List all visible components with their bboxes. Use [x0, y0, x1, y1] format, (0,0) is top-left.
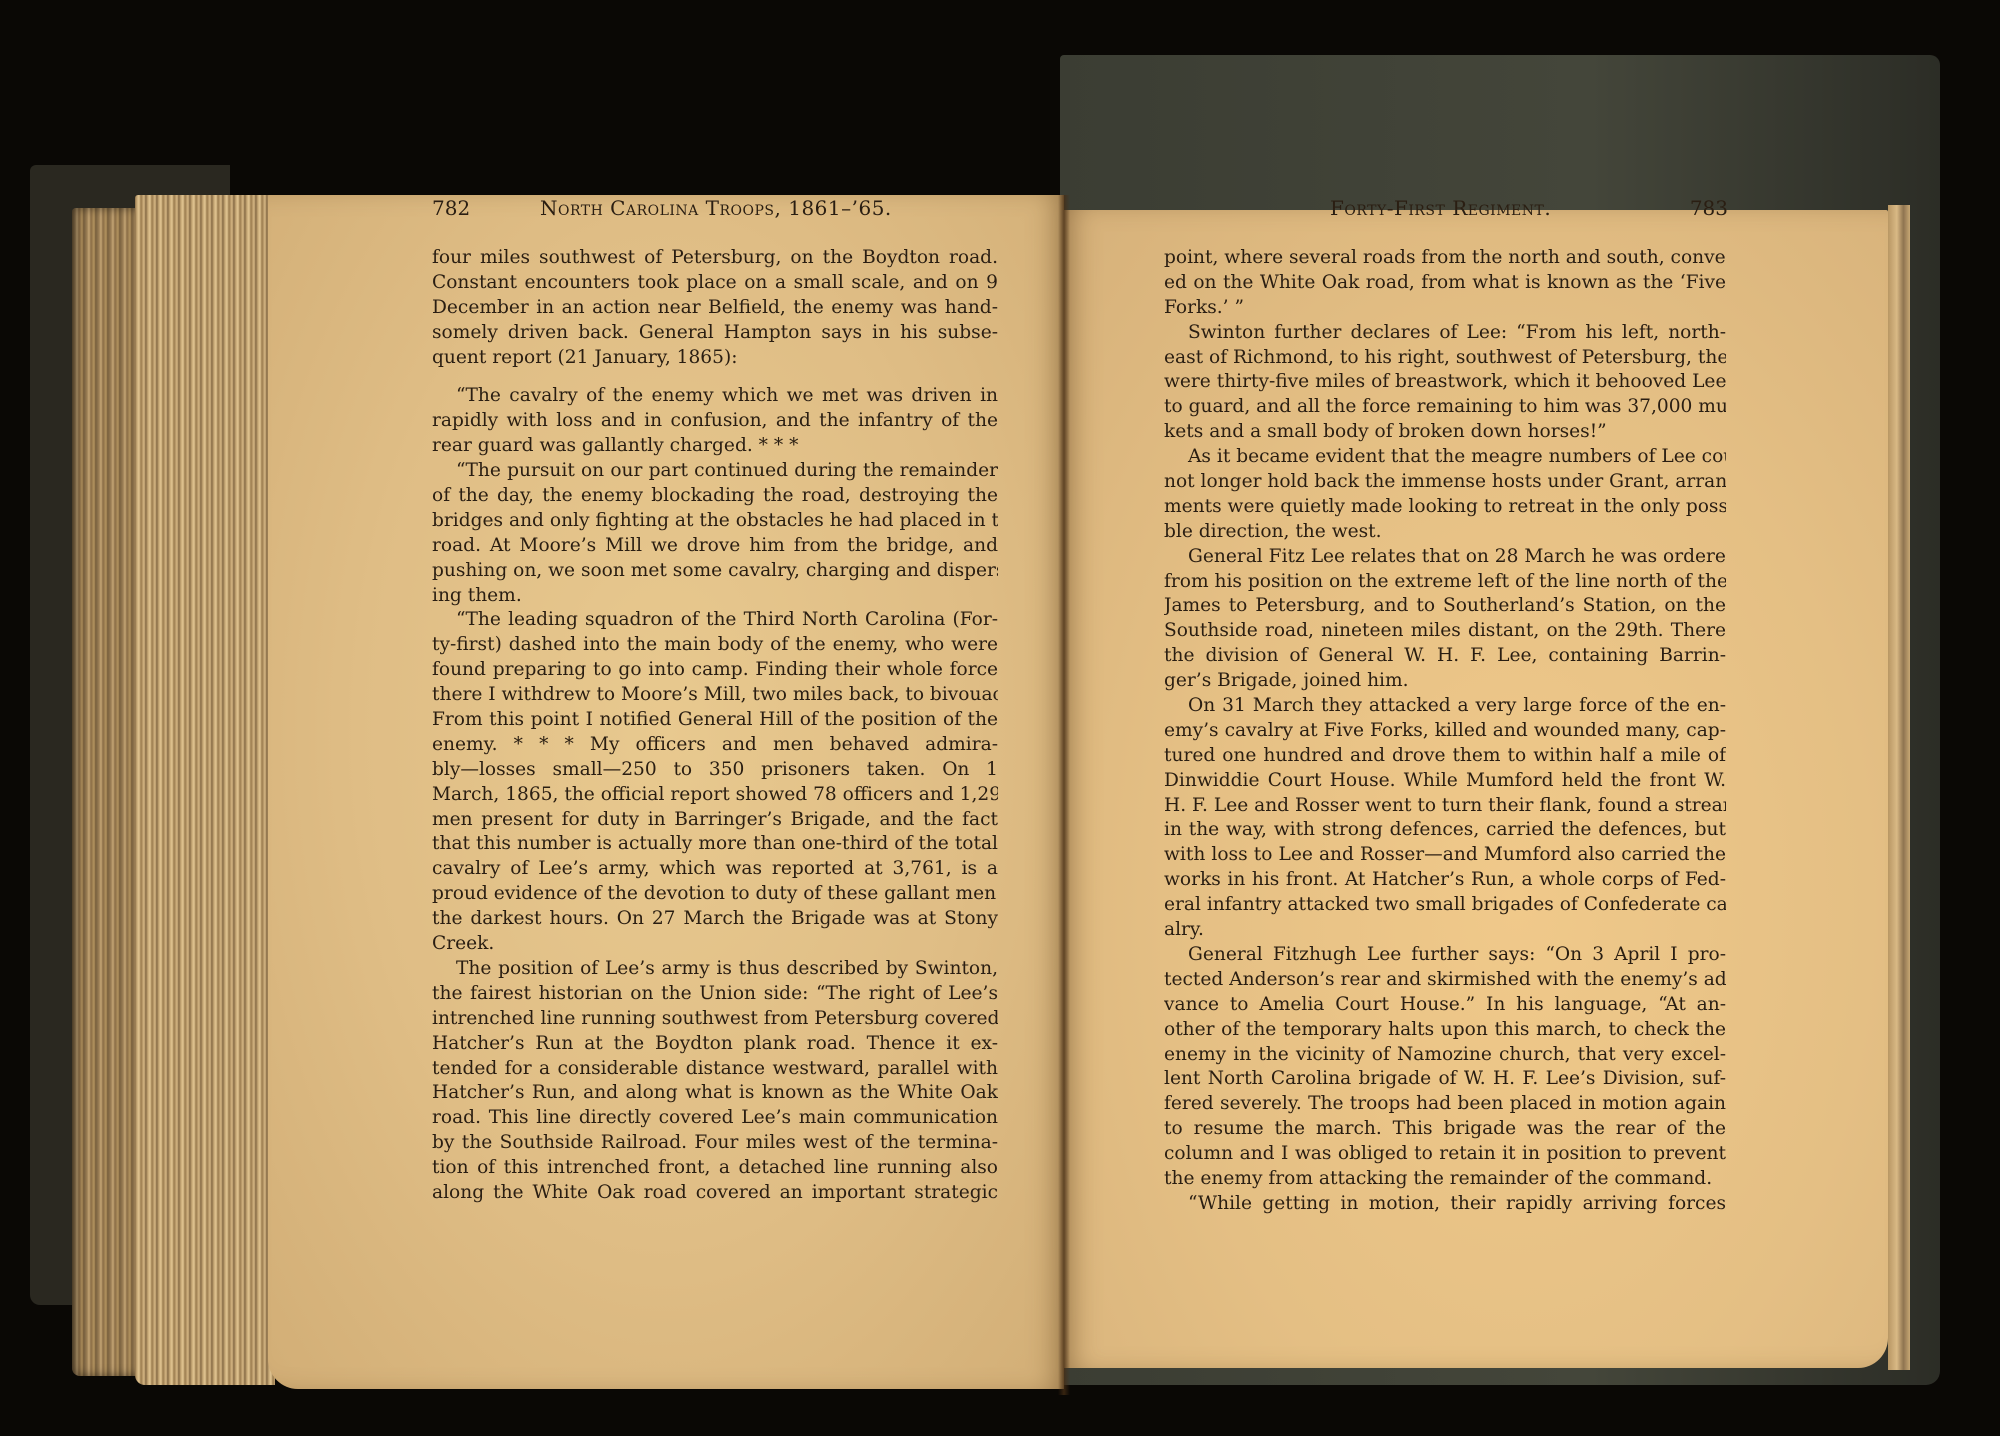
text-line: James to Petersburg, and to Southerland’… — [1164, 594, 1726, 619]
text-line: tected Anderson’s rear and skirmished wi… — [1164, 968, 1726, 993]
text-line: Swinton further declares of Lee: “From h… — [1164, 321, 1726, 346]
text-line: enemy. * * * My officers and men behaved… — [432, 733, 998, 758]
text-line: tured one hundred and drove them to with… — [1164, 744, 1726, 769]
text-line: the fairest historian on the Union side:… — [432, 982, 998, 1007]
text-line: On 31 March they attacked a very large f… — [1164, 694, 1726, 719]
text-line: the enemy from attacking the remainder o… — [1164, 1167, 1726, 1192]
text-line: ing them. — [432, 584, 998, 609]
text-line: bridges and only fighting at the obstacl… — [432, 509, 998, 534]
text-line: other of the temporary halts upon this m… — [1164, 1018, 1726, 1043]
text-line: that this number is actually more than o… — [432, 832, 998, 857]
text-line: ed on the White Oak road, from what is k… — [1164, 271, 1726, 296]
right-page-body: point, where several roads from the nort… — [1164, 246, 1726, 1217]
text-line: General Fitzhugh Lee further says: “On 3… — [1164, 943, 1726, 968]
text-line: From this point I notified General Hill … — [432, 708, 998, 733]
text-line: to guard, and all the force remaining to… — [1164, 395, 1726, 420]
text-line: by the Southside Railroad. Four miles we… — [432, 1131, 998, 1156]
text-line: General Fitz Lee relates that on 28 Marc… — [1164, 545, 1726, 570]
text-line: vance to Amelia Court House.” In his lan… — [1164, 993, 1726, 1018]
text-line: Southside road, nineteen miles distant, … — [1164, 619, 1726, 644]
text-line: December in an action near Belfield, the… — [432, 296, 998, 321]
text-line: “While getting in motion, their rapidly … — [1164, 1192, 1726, 1217]
text-line: Constant encounters took place on a smal… — [432, 271, 998, 296]
paragraph-spacer — [432, 370, 998, 384]
right-running-head: Forty-First Regiment. 783 — [1170, 196, 1728, 226]
text-line: the darkest hours. On 27 March the Briga… — [432, 907, 998, 932]
text-line: road. At Moore’s Mill we drove him from … — [432, 534, 998, 559]
text-line: cavalry of Lee’s army, which was reporte… — [432, 857, 998, 882]
page-edges-inner — [135, 195, 275, 1385]
text-line: road. This line directly covered Lee’s m… — [432, 1106, 998, 1131]
text-line: ty-first) dashed into the main body of t… — [432, 633, 998, 658]
text-line: eral infantry attacked two small brigade… — [1164, 893, 1726, 918]
text-line: in the way, with strong defences, carrie… — [1164, 818, 1726, 843]
text-line: with loss to Lee and Rosser—and Mumford … — [1164, 843, 1726, 868]
text-line: tion of this intrenched front, a detache… — [432, 1156, 998, 1181]
text-line: from his position on the extreme left of… — [1164, 570, 1726, 595]
text-line: somely driven back. General Hampton says… — [432, 321, 998, 346]
text-line: Creek. — [432, 932, 998, 957]
book-scan: 782 North Carolina Troops, 1861–’65. For… — [0, 0, 2000, 1436]
text-line: found preparing to go into camp. Finding… — [432, 658, 998, 683]
text-line: the division of General W. H. F. Lee, co… — [1164, 644, 1726, 669]
text-line: to resume the march. This brigade was th… — [1164, 1117, 1726, 1142]
text-line: ments were quietly made looking to retre… — [1164, 495, 1726, 520]
right-page-number: 783 — [1690, 196, 1728, 220]
left-running-head: 782 North Carolina Troops, 1861–’65. — [432, 196, 1002, 226]
text-line: As it became evident that the meagre num… — [1164, 445, 1726, 470]
book-gutter — [1058, 195, 1070, 1395]
text-line: along the White Oak road covered an impo… — [432, 1181, 998, 1206]
text-line: column and I was obliged to retain it in… — [1164, 1142, 1726, 1167]
left-running-title: North Carolina Troops, 1861–’65. — [540, 196, 892, 220]
text-line: point, where several roads from the nort… — [1164, 246, 1726, 271]
text-line: not longer hold back the immense hosts u… — [1164, 470, 1726, 495]
text-line: Forks.’ ” — [1164, 296, 1726, 321]
text-line: emy’s cavalry at Five Forks, killed and … — [1164, 719, 1726, 744]
text-line: works in his front. At Hatcher’s Run, a … — [1164, 868, 1726, 893]
text-line: alry. — [1164, 918, 1726, 943]
text-line: east of Richmond, to his right, southwes… — [1164, 346, 1726, 371]
text-line: rear guard was gallantly charged. * * * — [432, 434, 998, 459]
text-line: men present for duty in Barringer’s Brig… — [432, 808, 998, 833]
text-line: of the day, the enemy blockading the roa… — [432, 484, 998, 509]
text-line: lent North Carolina brigade of W. H. F. … — [1164, 1067, 1726, 1092]
text-line: “The pursuit on our part continued durin… — [432, 459, 998, 484]
text-line: proud evidence of the devotion to duty o… — [432, 882, 998, 907]
text-line: The position of Lee’s army is thus descr… — [432, 957, 998, 982]
text-line: Dinwiddie Court House. While Mumford hel… — [1164, 769, 1726, 794]
text-line: enemy in the vicinity of Namozine church… — [1164, 1043, 1726, 1068]
right-page-edges — [1888, 205, 1910, 1370]
text-line: four miles southwest of Petersburg, on t… — [432, 246, 998, 271]
text-line: Hatcher’s Run, and along what is known a… — [432, 1081, 998, 1106]
text-line: intrenched line running southwest from P… — [432, 1007, 998, 1032]
text-line: quent report (21 January, 1865): — [432, 346, 998, 371]
text-line: ble direction, the west. — [1164, 520, 1726, 545]
left-page-body: four miles southwest of Petersburg, on t… — [432, 246, 998, 1206]
text-line: kets and a small body of broken down hor… — [1164, 420, 1726, 445]
text-line: ger’s Brigade, joined him. — [1164, 669, 1726, 694]
text-line: “The cavalry of the enemy which we met w… — [432, 384, 998, 409]
text-line: “The leading squadron of the Third North… — [432, 608, 998, 633]
text-line: there I withdrew to Moore’s Mill, two mi… — [432, 683, 998, 708]
right-running-title: Forty-First Regiment. — [1330, 196, 1551, 220]
left-page-number: 782 — [432, 196, 470, 220]
text-line: fered severely. The troops had been plac… — [1164, 1092, 1726, 1117]
text-line: H. F. Lee and Rosser went to turn their … — [1164, 794, 1726, 819]
text-line: rapidly with loss and in confusion, and … — [432, 409, 998, 434]
text-line: bly—losses small—250 to 350 prisoners ta… — [432, 758, 998, 783]
text-line: Hatcher’s Run at the Boydton plank road.… — [432, 1032, 998, 1057]
text-line: tended for a considerable distance westw… — [432, 1057, 998, 1082]
text-line: pushing on, we soon met some cavalry, ch… — [432, 559, 998, 584]
text-line: March, 1865, the official report showed … — [432, 783, 998, 808]
text-line: were thirty-five miles of breastwork, wh… — [1164, 370, 1726, 395]
